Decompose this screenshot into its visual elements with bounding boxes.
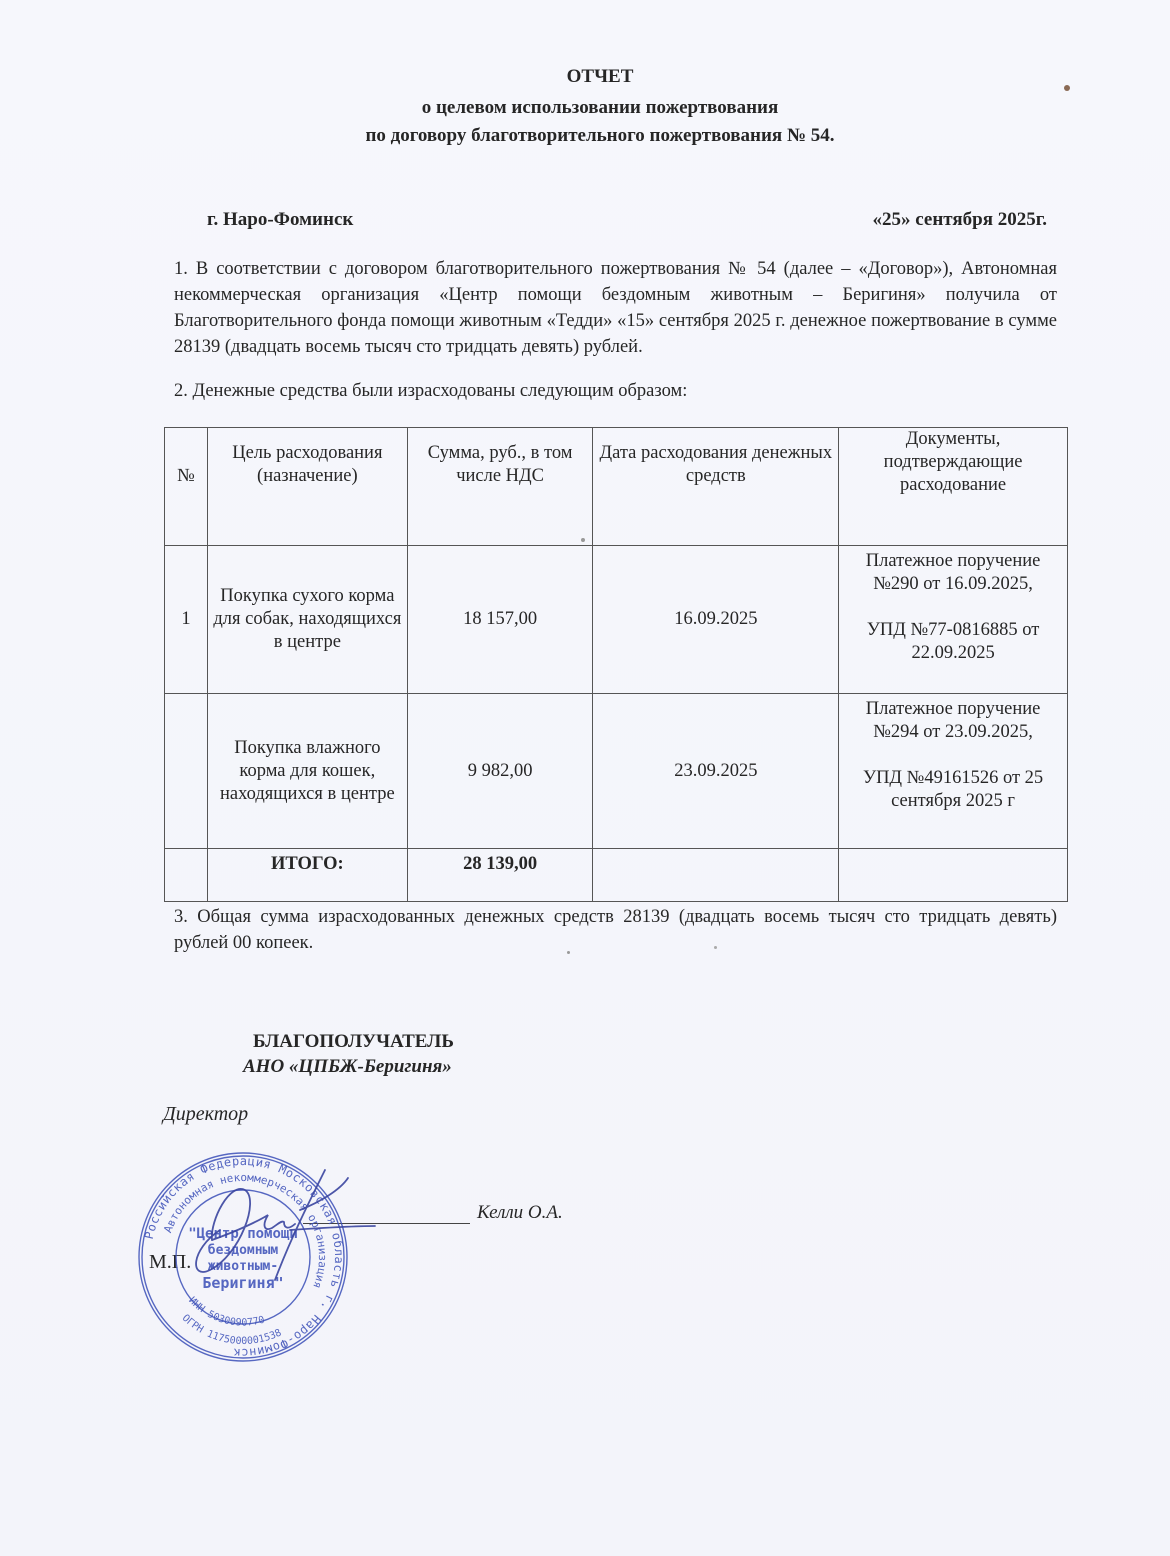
header-amount: Сумма, руб., в том числе НДС <box>407 428 593 546</box>
document-subtitle-2: по договору благотворительного пожертвов… <box>0 125 1170 147</box>
header-date: Дата расходования денежных средств <box>593 428 839 546</box>
paragraph-1: 1. В соответствии с договором благотвори… <box>174 256 1057 360</box>
expenses-table: № Цель расходования (назначение) Сумма, … <box>164 427 1068 902</box>
director-position: Директор <box>163 1103 248 1126</box>
document-page: ОТЧЕТ о целевом использовании пожертвова… <box>0 0 1170 1556</box>
cell-date: 23.09.2025 <box>593 694 839 849</box>
cell-empty <box>165 849 208 902</box>
handwritten-signature-icon <box>150 1160 380 1300</box>
scan-speck <box>714 946 717 949</box>
table-row: Покупка влажного корма для кошек, находя… <box>165 694 1068 849</box>
cell-empty <box>839 849 1068 902</box>
document-city: г. Наро-Фоминск <box>207 209 353 231</box>
document-title: ОТЧЕТ <box>0 66 1170 88</box>
cell-empty <box>593 849 839 902</box>
document-payment-order: Платежное поручение №290 от 16.09.2025, <box>866 551 1041 594</box>
document-upd: УПД №49161526 от 25 сентября 2025 г <box>863 768 1043 811</box>
header-documents: Документы, подтверждающие расходование <box>839 428 1068 546</box>
paragraph-2: 2. Денежные средства были израсходованы … <box>174 378 1057 404</box>
total-label: ИТОГО: <box>207 849 407 902</box>
document-date: «25» сентября 2025г. <box>873 209 1048 231</box>
header-number: № <box>165 428 208 546</box>
document-upd: УПД №77-0816885 от 22.09.2025 <box>867 620 1039 663</box>
scan-speck <box>1064 85 1070 91</box>
signatory-name: Келли О.А. <box>477 1202 563 1224</box>
paragraph-3: 3. Общая сумма израсходованных денежных … <box>174 904 1057 956</box>
header-purpose: Цель расходования (назначение) <box>207 428 407 546</box>
cell-amount: 18 157,00 <box>407 546 593 694</box>
scan-speck <box>581 538 585 542</box>
table-header-row: № Цель расходования (назначение) Сумма, … <box>165 428 1068 546</box>
cell-documents: Платежное поручение №290 от 16.09.2025, … <box>839 546 1068 694</box>
cell-number: 1 <box>165 546 208 694</box>
cell-date: 16.09.2025 <box>593 546 839 694</box>
total-amount: 28 139,00 <box>407 849 593 902</box>
recipient-label: БЛАГОПОЛУЧАТЕЛЬ <box>253 1031 454 1053</box>
scan-speck <box>567 951 570 954</box>
cell-amount: 9 982,00 <box>407 694 593 849</box>
table-row: 1 Покупка сухого корма для собак, находя… <box>165 546 1068 694</box>
recipient-organization: АНО «ЦПБЖ-Беригиня» <box>243 1056 452 1078</box>
cell-purpose: Покупка сухого корма для собак, находящи… <box>207 546 407 694</box>
cell-documents: Платежное поручение №294 от 23.09.2025, … <box>839 694 1068 849</box>
document-subtitle-1: о целевом использовании пожертвования <box>0 97 1170 119</box>
cell-purpose: Покупка влажного корма для кошек, находя… <box>207 694 407 849</box>
cell-number <box>165 694 208 849</box>
table-total-row: ИТОГО: 28 139,00 <box>165 849 1068 902</box>
document-payment-order: Платежное поручение №294 от 23.09.2025, <box>866 699 1041 742</box>
